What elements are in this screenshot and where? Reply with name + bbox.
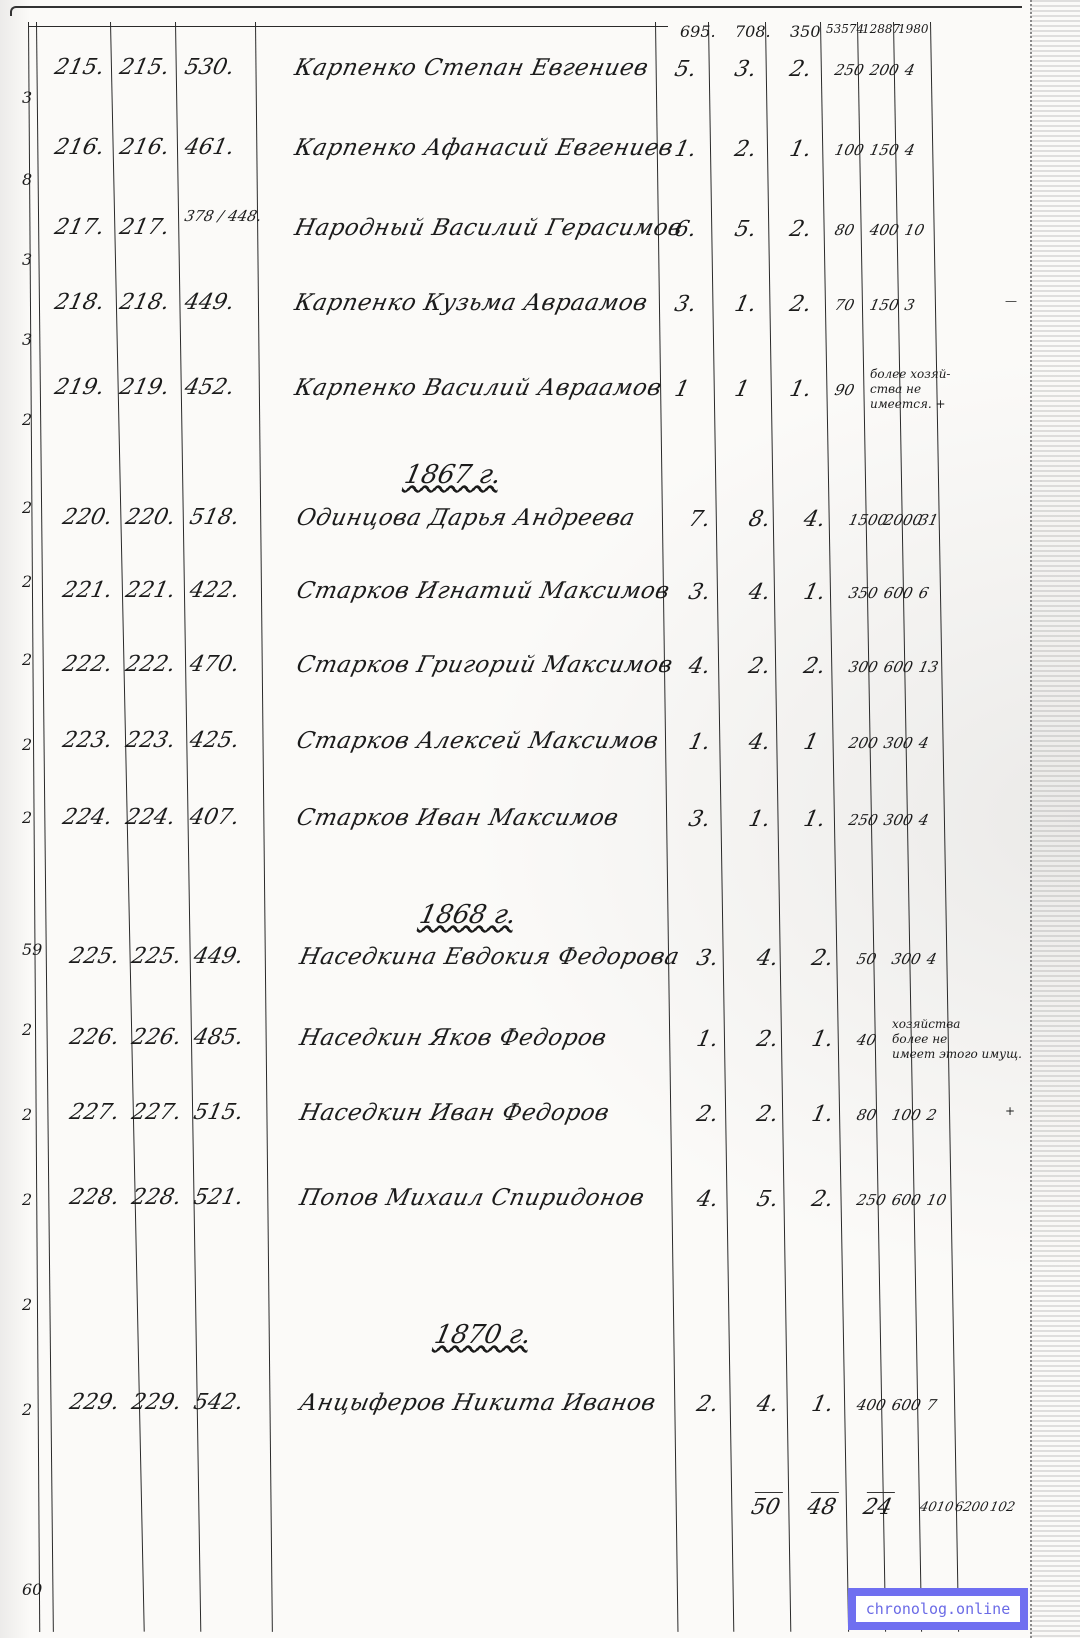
row-c6: 2 xyxy=(925,1106,938,1124)
row-c2: 1. xyxy=(746,807,772,832)
margin-mark: 2 xyxy=(22,650,32,669)
total-c2: 48 xyxy=(805,1492,839,1520)
row-no2: 220. xyxy=(124,505,178,530)
row-name: Анцыферов Никита Иванов xyxy=(297,1390,658,1416)
margin-mark: 2 xyxy=(22,1295,32,1314)
row-no1: 218. xyxy=(52,290,106,315)
row-ref: 461. xyxy=(182,135,236,160)
row-c6: 6 xyxy=(917,584,930,602)
row-no2: 228. xyxy=(129,1185,183,1210)
row-c3: 2. xyxy=(787,57,813,82)
watermark-badge: chronolog.online xyxy=(848,1588,1028,1630)
row-c6: 13 xyxy=(917,658,940,676)
row-no1: 225. xyxy=(67,944,121,969)
row-ref: 485. xyxy=(191,1025,245,1050)
row-name: Одинцова Дарья Андреева xyxy=(295,505,638,531)
row-ref: 521. xyxy=(191,1185,245,1210)
rule-margin-2 xyxy=(36,22,54,1632)
rule-c2 xyxy=(765,22,791,1632)
row-ref: 515. xyxy=(191,1100,245,1125)
row-name: Наседкин Иван Федоров xyxy=(297,1100,612,1126)
row-no2: 218. xyxy=(117,290,171,315)
row-note: более хозяй- ства не имеется. + xyxy=(870,367,950,412)
year-marker: 1867 г. xyxy=(402,460,504,490)
margin-mark: 3 xyxy=(22,330,32,349)
row-c5: 150 xyxy=(868,141,900,159)
watermark-text: chronolog.online xyxy=(856,1596,1021,1622)
row-c3: 1. xyxy=(787,377,813,402)
margin-mark: 60 xyxy=(22,1580,42,1599)
row-c5: 600 xyxy=(890,1396,922,1414)
total-c4: 4010 xyxy=(918,1500,954,1515)
row-c4: 50 xyxy=(855,950,878,968)
margin-mark: 2 xyxy=(22,1190,32,1209)
row-c6: 4 xyxy=(925,950,938,968)
row-name: Старков Иван Максимов xyxy=(295,805,622,831)
row-c1: 4. xyxy=(694,1187,720,1212)
row-c2: 5. xyxy=(754,1187,780,1212)
header-total-c6: 1980 xyxy=(898,22,929,36)
rule-c6 xyxy=(930,22,959,1632)
rule-col3 xyxy=(255,22,273,1632)
row-c1: 1. xyxy=(686,730,712,755)
row-note: + xyxy=(1005,1104,1015,1119)
row-c3: 1 xyxy=(801,730,820,755)
margin-mark: 2 xyxy=(22,808,32,827)
row-c6: 7 xyxy=(925,1396,938,1414)
row-c4: 90 xyxy=(833,381,856,399)
row-no2: 225. xyxy=(129,944,183,969)
page-edge-shadow xyxy=(1030,0,1080,1638)
row-c3: 1. xyxy=(809,1392,835,1417)
row-c4: 300 xyxy=(847,658,879,676)
row-c2: 4. xyxy=(754,1392,780,1417)
row-no2: 223. xyxy=(124,728,178,753)
row-no1: 216. xyxy=(52,135,106,160)
row-no2: 226. xyxy=(129,1025,183,1050)
row-c6: 4 xyxy=(903,141,916,159)
row-c2: 2. xyxy=(746,654,772,679)
row-c1: 6. xyxy=(672,217,698,242)
rule-c1 xyxy=(708,22,734,1632)
row-c5: 600 xyxy=(882,584,914,602)
row-c5: 600 xyxy=(882,658,914,676)
row-c4: 350 xyxy=(847,584,879,602)
row-c1: 3. xyxy=(694,946,720,971)
margin-mark: 2 xyxy=(22,735,32,754)
row-c2: 1 xyxy=(732,377,751,402)
total-c5: 6200 xyxy=(953,1500,989,1515)
row-no1: 217. xyxy=(52,215,106,240)
row-c3: 2. xyxy=(787,217,813,242)
year-marker: 1868 г. xyxy=(417,900,519,930)
row-c1: 2. xyxy=(694,1102,720,1127)
row-no1: 220. xyxy=(60,505,114,530)
row-c3: 2. xyxy=(809,1187,835,1212)
row-ref: 452. xyxy=(182,375,236,400)
row-c2: 2. xyxy=(754,1102,780,1127)
row-name: Карпенко Афанасий Евгениев xyxy=(292,135,675,161)
row-no1: 224. xyxy=(60,805,114,830)
row-no2: 221. xyxy=(124,578,178,603)
row-c5: 100 xyxy=(890,1106,922,1124)
row-no1: 219. xyxy=(52,375,106,400)
row-no1: 215. xyxy=(52,55,106,80)
row-ref: 530. xyxy=(182,55,236,80)
margin-mark: 2 xyxy=(22,1105,32,1124)
total-c1: 50 xyxy=(749,1492,783,1520)
row-c3: 2. xyxy=(787,292,813,317)
row-c6: 4 xyxy=(903,61,916,79)
row-no2: 216. xyxy=(117,135,171,160)
row-c4: 80 xyxy=(855,1106,878,1124)
row-c1: 2. xyxy=(694,1392,720,1417)
row-c3: 1. xyxy=(801,807,827,832)
row-c1: 3. xyxy=(672,292,698,317)
table-frame-top xyxy=(10,6,1022,16)
row-ref: 518. xyxy=(187,505,241,530)
row-no2: 224. xyxy=(124,805,178,830)
row-c6: 4 xyxy=(917,734,930,752)
row-c5: 400 xyxy=(868,221,900,239)
row-note: хозяйства более не имеет этого имущ. xyxy=(892,1017,1022,1062)
row-c5: 200 xyxy=(868,61,900,79)
row-c1: 4. xyxy=(686,654,712,679)
row-name: Карпенко Кузьма Авраамов xyxy=(292,290,650,316)
row-no2: 217. xyxy=(117,215,171,240)
row-c2: 4. xyxy=(754,946,780,971)
row-c5: 300 xyxy=(882,811,914,829)
row-c6: 10 xyxy=(925,1191,948,1209)
header-rule xyxy=(28,26,668,27)
header-total-c2: 708. xyxy=(735,22,771,41)
row-no1: 227. xyxy=(67,1100,121,1125)
row-c2: 2. xyxy=(754,1027,780,1052)
row-c1: 1. xyxy=(672,137,698,162)
row-no2: 227. xyxy=(129,1100,183,1125)
row-name: Старков Игнатий Максимов xyxy=(295,578,673,604)
row-c4: 70 xyxy=(833,296,856,314)
row-no2: 219. xyxy=(117,375,171,400)
total-c3: 24 xyxy=(861,1492,895,1520)
row-c4: 250 xyxy=(833,61,865,79)
row-no2: 215. xyxy=(117,55,171,80)
row-c1: 1. xyxy=(694,1027,720,1052)
row-no1: 229. xyxy=(67,1390,121,1415)
row-no1: 226. xyxy=(67,1025,121,1050)
row-name: Старков Алексей Максимов xyxy=(295,728,662,754)
row-c5: 600 xyxy=(890,1191,922,1209)
row-c2: 4. xyxy=(746,580,772,605)
row-name: Наседкина Евдокия Федорова xyxy=(297,944,682,970)
margin-mark: 8 xyxy=(22,170,32,189)
row-ref: 449. xyxy=(191,944,245,969)
margin-mark: 59 xyxy=(22,940,42,959)
header-total-c1: 695. xyxy=(680,22,716,41)
row-c1: 1 xyxy=(672,377,691,402)
row-c4: 250 xyxy=(855,1191,887,1209)
row-c4: 250 xyxy=(847,811,879,829)
row-c3: 1. xyxy=(809,1102,835,1127)
row-c4: 100 xyxy=(833,141,865,159)
row-no1: 223. xyxy=(60,728,114,753)
row-c4: 80 xyxy=(833,221,856,239)
row-c5: 300 xyxy=(882,734,914,752)
header-total-c4: 53574 xyxy=(826,22,864,36)
margin-mark: 2 xyxy=(22,572,32,591)
row-c3: 2. xyxy=(801,654,827,679)
row-name: Попов Михаил Спиридонов xyxy=(297,1185,647,1211)
row-name: Старков Григорий Максимов xyxy=(295,652,676,678)
row-c1: 3. xyxy=(686,807,712,832)
row-ref: 425. xyxy=(187,728,241,753)
row-name: Народный Василий Герасимов xyxy=(292,215,685,241)
row-ref: 407. xyxy=(187,805,241,830)
row-c2: 8. xyxy=(746,507,772,532)
row-c6: 31 xyxy=(917,511,940,529)
year-marker: 1870 г. xyxy=(432,1320,534,1350)
row-c4: 200 xyxy=(847,734,879,752)
margin-mark: 2 xyxy=(22,498,32,517)
margin-mark: 2 xyxy=(22,410,32,429)
row-c4: 40 xyxy=(855,1031,878,1049)
row-ref: 542. xyxy=(191,1390,245,1415)
row-c5: 300 xyxy=(890,950,922,968)
margin-mark: 3 xyxy=(22,88,32,107)
row-no2: 222. xyxy=(124,652,178,677)
row-c3: 1. xyxy=(809,1027,835,1052)
margin-mark: 3 xyxy=(22,250,32,269)
row-c4: 400 xyxy=(855,1396,887,1414)
row-ref: 378 / 448. xyxy=(183,207,263,225)
row-name: Наседкин Яков Федоров xyxy=(297,1025,609,1051)
row-no2: 229. xyxy=(129,1390,183,1415)
row-c5: 150 xyxy=(868,296,900,314)
header-total-c3: 350 xyxy=(790,22,821,41)
row-c2: 3. xyxy=(732,57,758,82)
row-no1: 228. xyxy=(67,1185,121,1210)
margin-mark: 2 xyxy=(22,1400,32,1419)
row-note: — xyxy=(1005,294,1017,309)
row-c1: 3. xyxy=(686,580,712,605)
margin-mark: 2 xyxy=(22,1020,32,1039)
row-c3: 1. xyxy=(787,137,813,162)
row-c3: 4. xyxy=(801,507,827,532)
row-c6: 4 xyxy=(917,811,930,829)
total-c6: 102 xyxy=(988,1500,1016,1515)
rule-c3 xyxy=(820,22,849,1632)
row-c2: 2. xyxy=(732,137,758,162)
row-ref: 449. xyxy=(182,290,236,315)
row-c6: 10 xyxy=(903,221,926,239)
row-c2: 4. xyxy=(746,730,772,755)
row-c2: 1. xyxy=(732,292,758,317)
row-no1: 221. xyxy=(60,578,114,603)
row-c1: 7. xyxy=(686,507,712,532)
row-c6: 3 xyxy=(903,296,916,314)
header-total-c5: 12887 xyxy=(862,22,900,36)
row-c3: 2. xyxy=(809,946,835,971)
row-no1: 222. xyxy=(60,652,114,677)
row-ref: 470. xyxy=(187,652,241,677)
row-name: Карпенко Степан Евгениев xyxy=(292,55,651,81)
row-c2: 5. xyxy=(732,217,758,242)
ledger-page: 695. 708. 350 53574 12887 1980 215.215.5… xyxy=(0,0,1080,1638)
row-c3: 1. xyxy=(801,580,827,605)
row-name: Карпенко Василий Авраамов xyxy=(292,375,664,401)
row-c1: 5. xyxy=(672,57,698,82)
row-ref: 422. xyxy=(187,578,241,603)
